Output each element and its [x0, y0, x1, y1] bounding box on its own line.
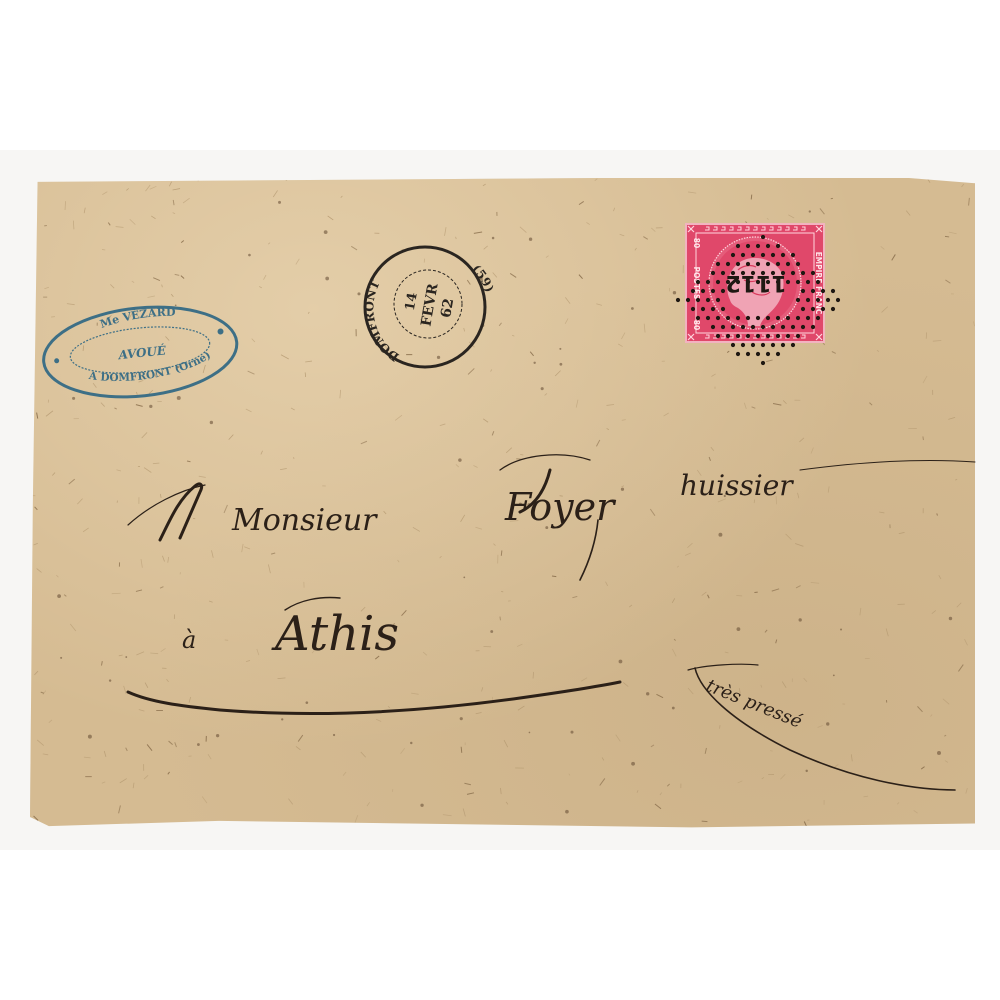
- stamp-value-top: 80: [692, 238, 701, 248]
- postmark-month: FEVR: [418, 282, 441, 328]
- handwritten-address: Monsieur Foyer huissier à Athis: [128, 455, 975, 714]
- postmark-town: DOMFRONT: [362, 278, 401, 364]
- postmark-year: 62: [438, 297, 457, 319]
- stamp-value-bottom: 80: [692, 320, 701, 330]
- address-salutation: Monsieur: [231, 503, 378, 538]
- lawyer-cachet: Me VÉZARD AVOUÉ A DOMFRONT (Orne): [39, 297, 241, 405]
- postmark-day: 14: [403, 292, 421, 312]
- address-prefix: à: [182, 626, 196, 654]
- envelope-markings: Me VÉZARD AVOUÉ A DOMFRONT (Orne) DOMFRO…: [0, 0, 1000, 1000]
- address-town: Athis: [271, 606, 399, 662]
- address-title: huissier: [680, 469, 794, 502]
- circular-date-stamp: DOMFRONT (59) 14 FEVR 62: [362, 247, 496, 367]
- urgent-annotation: très pressé: [688, 664, 955, 790]
- postage-stamp: POSTES 80 80 EMPIRE FRANC 1112: [676, 223, 840, 365]
- postmark-department: (59): [469, 262, 496, 294]
- address-name: Foyer: [504, 485, 617, 529]
- annotation-text: très pressé: [703, 675, 805, 733]
- cachet-line2: AVOUÉ: [117, 342, 168, 362]
